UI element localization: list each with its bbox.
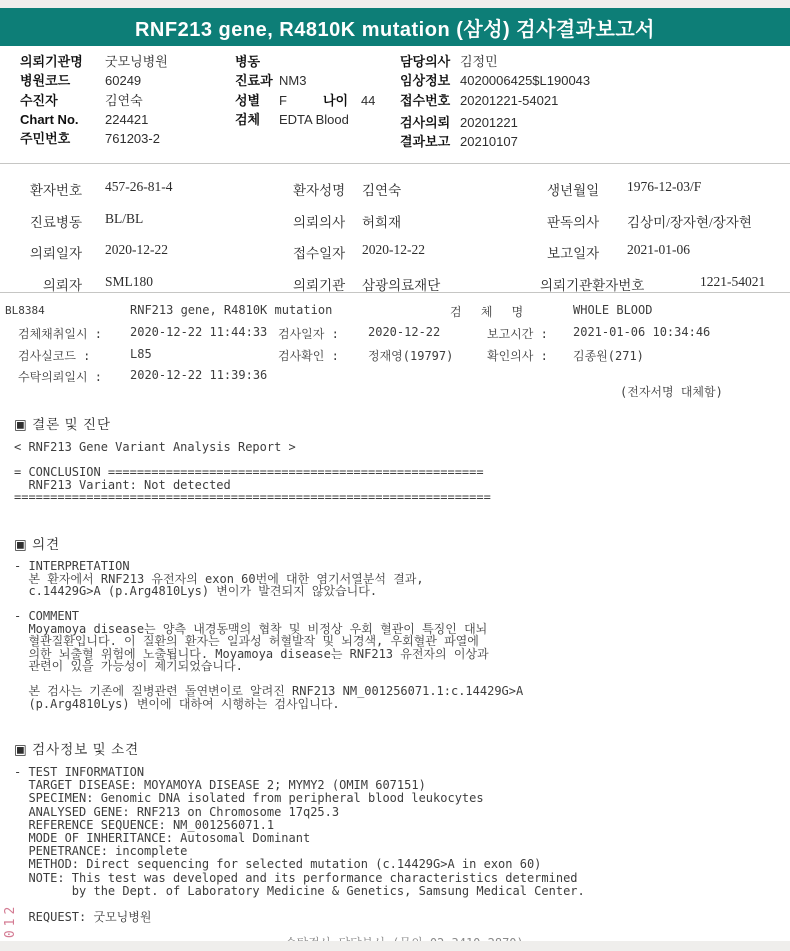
field-value: 4020006425$L190043 bbox=[460, 73, 590, 88]
field-value: 20201221 bbox=[460, 115, 518, 130]
header-info-left: 의뢰기관명굿모닝병원 병원코드60249 수진자김연숙 Chart No.224… bbox=[20, 52, 168, 148]
field-value: 2020-12-22 bbox=[362, 242, 425, 258]
field-label: 보고일자 bbox=[547, 242, 599, 262]
field-value: 44 bbox=[361, 93, 375, 108]
field-value: 20210107 bbox=[460, 134, 518, 149]
field-label: 수탁의뢰일시 : bbox=[18, 368, 102, 385]
info-row: 담당의사김정민 bbox=[400, 52, 590, 71]
test-meta-block: BL8384 RNF213 gene, R4810K mutation 검 체 … bbox=[0, 300, 790, 395]
field-value: 정재영(19797) bbox=[368, 347, 453, 364]
field-label: 확인의사 : bbox=[487, 347, 548, 364]
field-label: 접수번호 bbox=[400, 91, 460, 110]
divider bbox=[0, 163, 790, 164]
header-info-middle: 병동 진료과NM3 성별F나이44 검체EDTA Blood bbox=[235, 52, 375, 129]
field-value: 김정민 bbox=[460, 54, 498, 69]
field-label: 성별 bbox=[235, 91, 279, 110]
field-value: BL/BL bbox=[105, 211, 143, 227]
field-value: 김종원(271) bbox=[573, 347, 644, 364]
field-label: 생년월일 bbox=[547, 179, 599, 199]
field-label: 진료과 bbox=[235, 71, 279, 90]
field-label: 검 체 명 bbox=[450, 303, 529, 320]
field-label: 의뢰기관명 bbox=[20, 52, 105, 71]
field-value: 1976-12-03/F bbox=[627, 179, 701, 195]
field-value: 761203-2 bbox=[105, 131, 160, 146]
info-row: 검사의뢰20201221 bbox=[400, 113, 590, 132]
field-label: 검사실코드 : bbox=[18, 347, 90, 364]
field-value: 1221-54021 bbox=[700, 274, 765, 290]
field-label: 나이 bbox=[323, 91, 361, 110]
bottom-strip bbox=[0, 941, 790, 951]
field-value: 2020-12-22 11:44:33 bbox=[130, 325, 267, 339]
field-label: 접수일자 bbox=[293, 242, 345, 262]
field-label: 판독의사 bbox=[547, 211, 599, 231]
field-label: 검체 bbox=[235, 110, 279, 129]
field-label: 진료병동 bbox=[20, 211, 82, 231]
section-body-opinion: - INTERPRETATION 본 환자에서 RNF213 유전자의 exon… bbox=[14, 560, 523, 710]
field-label: 병동 bbox=[235, 52, 279, 71]
field-value: 2021-01-06 bbox=[627, 242, 690, 258]
field-value: L85 bbox=[130, 347, 152, 361]
top-strip bbox=[0, 0, 790, 8]
table-row: 진료병동BL/BL 의뢰의사허희재 판독의사김상미/장자현/장자현 bbox=[0, 202, 790, 234]
field-value: 457-26-81-4 bbox=[105, 179, 173, 195]
field-label: 의뢰의사 bbox=[293, 211, 345, 231]
info-row: 성별F나이44 bbox=[235, 91, 375, 110]
info-row: 결과보고20210107 bbox=[400, 132, 590, 151]
field-value: 굿모닝병원 bbox=[105, 54, 168, 69]
field-value: F bbox=[279, 93, 287, 108]
section-body-conclusion: < RNF213 Gene Variant Analysis Report > … bbox=[14, 441, 491, 504]
info-row: 진료과NM3 bbox=[235, 71, 375, 90]
field-label: 환자성명 bbox=[293, 179, 345, 199]
page-title: RNF213 gene, R4810K mutation (삼성) 검사결과보고… bbox=[135, 13, 655, 42]
field-label: 병원코드 bbox=[20, 71, 105, 90]
divider bbox=[0, 292, 790, 293]
field-label: 검체채취일시 : bbox=[18, 325, 102, 342]
section-heading-conclusion: ▣ 결론 및 진단 bbox=[14, 413, 111, 433]
field-label: 보고시간 : bbox=[487, 325, 548, 342]
esign-note: (전자서명 대체함) bbox=[620, 383, 723, 400]
field-label: 환자번호 bbox=[20, 179, 82, 199]
info-row: 임상정보4020006425$L190043 bbox=[400, 71, 590, 90]
section-heading-opinion: ▣ 의견 bbox=[14, 533, 60, 553]
field-label: 주민번호 bbox=[20, 129, 105, 148]
field-label: 검사확인 : bbox=[278, 347, 339, 364]
field-value: NM3 bbox=[279, 73, 306, 88]
field-label: 의뢰일자 bbox=[20, 242, 82, 262]
field-value: 2020-12-22 11:39:36 bbox=[130, 368, 267, 382]
field-label: 결과보고 bbox=[400, 132, 460, 151]
info-row: 병원코드60249 bbox=[20, 71, 168, 90]
field-label: 임상정보 bbox=[400, 71, 460, 90]
info-row: 병동 bbox=[235, 52, 375, 71]
field-value: 김연숙 bbox=[362, 179, 401, 199]
info-row: 주민번호761203-2 bbox=[20, 129, 168, 148]
test-code: BL8384 bbox=[5, 304, 45, 317]
report-title-bar: RNF213 gene, R4810K mutation (삼성) 검사결과보고… bbox=[0, 8, 790, 46]
section-body-test-info: - TEST INFORMATION TARGET DISEASE: MOYAM… bbox=[14, 766, 585, 924]
info-row: Chart No.224421 bbox=[20, 110, 168, 129]
info-row: 접수번호20201221-54021 bbox=[400, 91, 590, 110]
table-row: 환자번호457-26-81-4 환자성명김연숙 생년월일1976-12-03/F bbox=[0, 170, 790, 202]
info-row: 수진자김연숙 bbox=[20, 91, 168, 110]
patient-info-table: 환자번호457-26-81-4 환자성명김연숙 생년월일1976-12-03/F… bbox=[0, 170, 790, 297]
header-info-right: 담당의사김정민 임상정보4020006425$L190043 접수번호20201… bbox=[400, 52, 590, 151]
field-value: 20201221-54021 bbox=[460, 93, 558, 108]
field-value: 60249 bbox=[105, 73, 141, 88]
info-row: 의뢰기관명굿모닝병원 bbox=[20, 52, 168, 71]
field-value: 허희재 bbox=[362, 211, 401, 231]
field-value: 2020-12-22 bbox=[368, 325, 440, 339]
field-label: 담당의사 bbox=[400, 52, 460, 71]
field-value: 김연숙 bbox=[105, 93, 143, 108]
field-value: 2020-12-22 bbox=[105, 242, 168, 258]
test-name: RNF213 gene, R4810K mutation bbox=[130, 303, 332, 317]
field-label: 수진자 bbox=[20, 91, 105, 110]
field-value: 김상미/장자현/장자현 bbox=[627, 211, 752, 231]
field-value: SML180 bbox=[105, 274, 153, 290]
info-row: 검체EDTA Blood bbox=[235, 110, 375, 129]
specimen-value: WHOLE BLOOD bbox=[573, 303, 652, 317]
section-heading-test-info: ▣ 검사정보 및 소견 bbox=[14, 738, 139, 758]
lab-report-page: RNF213 gene, R4810K mutation (삼성) 검사결과보고… bbox=[0, 0, 790, 951]
field-value: 2021-01-06 10:34:46 bbox=[573, 325, 710, 339]
field-label: 검사의뢰 bbox=[400, 113, 460, 132]
field-label: 검사일자 : bbox=[278, 325, 339, 342]
field-value: 224421 bbox=[105, 112, 148, 127]
table-row: 의뢰일자2020-12-22 접수일자2020-12-22 보고일자2021-0… bbox=[0, 233, 790, 265]
field-label: Chart No. bbox=[20, 110, 105, 129]
field-value: EDTA Blood bbox=[279, 112, 349, 127]
